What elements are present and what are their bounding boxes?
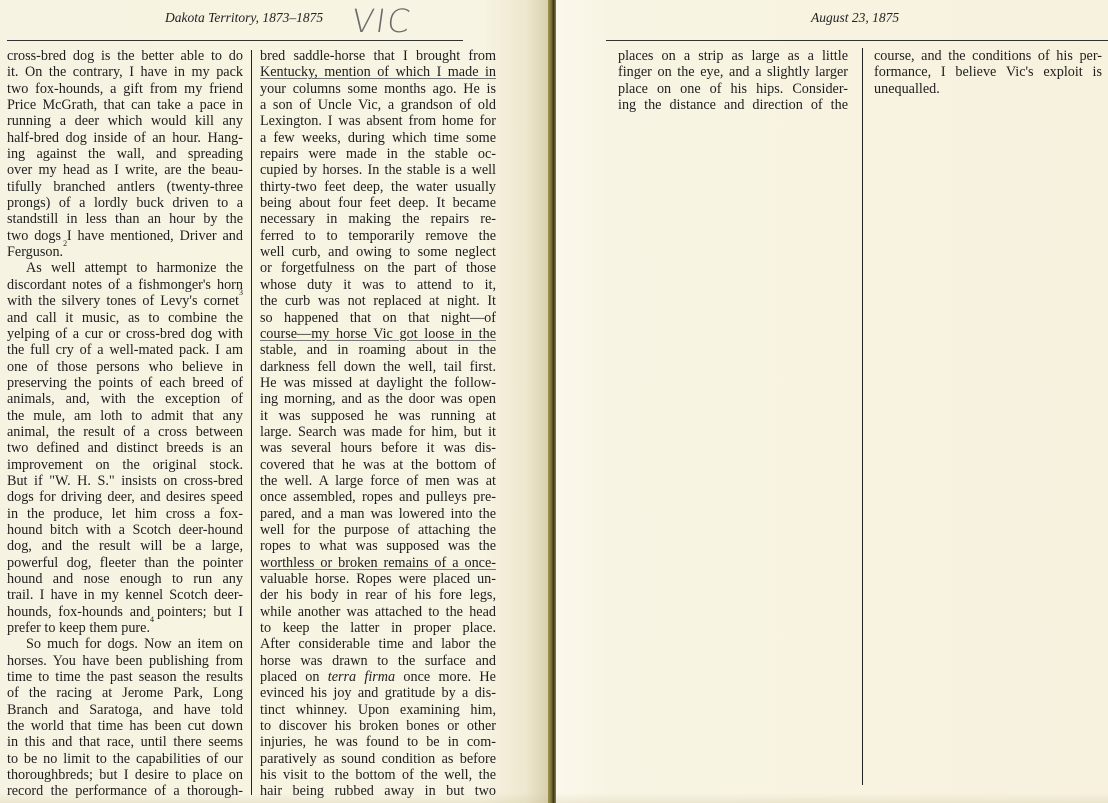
text-line: one of those persons who believe in — [7, 359, 243, 375]
text-line: over my head as I write, are the beau- — [7, 162, 243, 178]
text-line: places on a strip as large as a little — [618, 48, 848, 64]
text-line: hounds, fox-hounds and pointers; but I — [7, 604, 243, 620]
text-line: and call it music, as to combine the — [7, 310, 243, 326]
column-1: cross-bred dog is the better able to do … — [7, 48, 243, 800]
text-line: the curb was not replaced at night. It — [260, 293, 496, 309]
text-line: stable, and in roaming about in the — [260, 342, 496, 358]
text-line: finger on the eye, and a slightly larger — [618, 64, 848, 80]
text-line: bred saddle-horse that I brought from — [260, 48, 496, 64]
text-line: unequalled. — [874, 81, 1102, 97]
text-line: ropes to what was supposed was the — [260, 538, 496, 554]
text-line: pared, and a man was lowered into the — [260, 506, 496, 522]
text-line: trail. I have in my kennel Scotch deer- — [7, 587, 243, 603]
text-line: well curb, and owing to some neglect — [260, 244, 496, 260]
text-line: of the racing at Jerome Park, Long — [7, 685, 243, 701]
text-line: ing morning, and as the door was open — [260, 391, 496, 407]
page-edge-shadow — [0, 793, 548, 803]
text-line: two fox-hounds, a gift from my friend — [7, 81, 243, 97]
right-page: August 23, 1875 places on a strip as lar… — [556, 0, 1108, 803]
column-divider — [251, 50, 252, 795]
text-line: placed on terra firma once more. He — [260, 669, 496, 685]
text-line: the mule, am loth to admit that any — [7, 408, 243, 424]
italic-phrase: terra firma — [328, 669, 395, 685]
text-line: tifully branched antlers (twenty-three — [7, 179, 243, 195]
text-line: in the produce, let him cross a fox- — [7, 506, 243, 522]
text-line: So much for dogs. Now an item on — [7, 636, 243, 652]
text-line: der his body in rear of his fore legs, — [260, 587, 496, 603]
text-line: cupied by horses. In the stable is a wel… — [260, 162, 496, 178]
text-line: so happened that on that night—of — [260, 310, 496, 326]
text-line: preserving the points of each breed of — [7, 375, 243, 391]
text-line: covered that he was at the bottom of — [260, 457, 496, 473]
text-line: prefer to keep them pure.4 — [7, 620, 243, 636]
text-line: large. Search was made for him, but it — [260, 424, 496, 440]
left-running-head: Dakota Territory, 1873–1875 — [165, 10, 323, 26]
text-line: necessary in making the repairs re- — [260, 211, 496, 227]
text-line: it was supposed he was running at — [260, 408, 496, 424]
text-line-underlined: Kentucky, mention of which I made in — [260, 64, 496, 80]
text-line: Branch and Saratoga, and have told — [7, 702, 243, 718]
text-line: hound and nose enough to run any — [7, 571, 243, 587]
text-line: improvement on the original stock. — [7, 457, 243, 473]
text-line: But if "W. H. S." insists on cross-bred — [7, 473, 243, 489]
text-line: horse was drawn to the surface and — [260, 653, 496, 669]
text-line: yelping of a cur or cross-bred dog with — [7, 326, 243, 342]
footnote-mark: 2 — [63, 239, 67, 248]
text-line: your columns some months ago. He is — [260, 81, 496, 97]
text-line: while another was attached to the head — [260, 604, 496, 620]
text-line: well for the purpose of attaching the — [260, 522, 496, 538]
column-3: places on a strip as large as a little f… — [618, 48, 848, 113]
text-line: dog, and the result will be a large, — [7, 538, 243, 554]
book-spread: Dakota Territory, 1873–1875 VIC cross-br… — [0, 0, 1108, 803]
text-line: his visit to the bottom of the well, the — [260, 767, 496, 783]
text-line: ferred to to temporarily remove the — [260, 228, 496, 244]
text-line: was several hours before it was dis- — [260, 440, 496, 456]
text-line: with the silvery tones of Levy's cornet3 — [7, 293, 243, 309]
text-line: standstill in less than an hour by the — [7, 211, 243, 227]
text-line: to keep the latter in proper place. — [260, 620, 496, 636]
text-line: As well attempt to harmonize the — [7, 260, 243, 276]
text-line: the full cry of a well-mated pack. I am — [7, 342, 243, 358]
text-line: After considerable time and labor the — [260, 636, 496, 652]
text-line: Ferguson.2 — [7, 244, 243, 260]
text-line: the well. A large force of men was at — [260, 473, 496, 489]
text-line: horses. You have been publishing from — [7, 653, 243, 669]
column-4: course, and the conditions of his per- f… — [874, 48, 1102, 97]
text-line: it. On the contrary, I have in my pack — [7, 64, 243, 80]
text-line: dogs for driving deer, and desires speed — [7, 489, 243, 505]
text-line: being about four feet deep. It became — [260, 195, 496, 211]
text-line: in this and that race, until there seems — [7, 734, 243, 750]
text-line: Lexington. I was absent from home for — [260, 113, 496, 129]
header-rule — [606, 40, 1108, 41]
text-line: a son of Uncle Vic, a grandson of old — [260, 97, 496, 113]
text-line: thirty-two feet deep, the water usually — [260, 179, 496, 195]
column-2: bred saddle-horse that I brought from Ke… — [260, 48, 496, 800]
text-line: animals, and, with the exception of — [7, 391, 243, 407]
text-line: place on one of his hips. Consider- — [618, 81, 848, 97]
text-line: running a deer which would kill any — [7, 113, 243, 129]
left-page: Dakota Territory, 1873–1875 VIC cross-br… — [0, 0, 548, 803]
text-line: hound bitch with a Scotch deer-hound — [7, 522, 243, 538]
text-line: darkness fell down the well, tail first. — [260, 359, 496, 375]
text-line: ing against the wall, and spreading — [7, 146, 243, 162]
text-line: two dogs I have mentioned, Driver and — [7, 228, 243, 244]
column-divider — [862, 48, 863, 785]
text-line: ing the distance and direction of the — [618, 97, 848, 113]
text-line: whose duty it was to attend to it, — [260, 277, 496, 293]
book-spine-gutter — [548, 0, 556, 803]
text-line: thoroughbreds; but I desire to place on — [7, 767, 243, 783]
text-line: prongs) of a lordly buck driven to a — [7, 195, 243, 211]
text-line-underlined: worthless or broken remains of a once- — [260, 555, 496, 571]
text-line: evinced his joy and gratitude by a dis- — [260, 685, 496, 701]
text-line: injuries, he was found to be in com- — [260, 734, 496, 750]
text-line: valuable horse. Ropes were placed un- — [260, 571, 496, 587]
text-line: He was missed at daylight the follow- — [260, 375, 496, 391]
page-edge-shadow — [556, 793, 1108, 803]
footnote-mark: 4 — [150, 615, 154, 624]
text-line: the world that time has been cut down — [7, 718, 243, 734]
footnote-mark: 3 — [239, 288, 243, 297]
text-line: once assembled, ropes and pulleys pre- — [260, 489, 496, 505]
text-line: animal, the result of a cross between — [7, 424, 243, 440]
text-line: paratively as sound condition as before — [260, 751, 496, 767]
header-rule — [7, 40, 463, 41]
text-line: cross-bred dog is the better able to do — [7, 48, 243, 64]
text-line: powerful dog, fleeter than the pointer — [7, 555, 243, 571]
right-running-head: August 23, 1875 — [811, 10, 899, 26]
text-line: time to time the past season the results — [7, 669, 243, 685]
text-line: course, and the conditions of his per- — [874, 48, 1102, 64]
text-line: to discover his broken bones or other — [260, 718, 496, 734]
text-line: half-bred dog inside of an hour. Hang- — [7, 130, 243, 146]
text-line-underlined: course—my horse Vic got loose in the — [260, 326, 496, 342]
handwritten-annotation: VIC — [349, 2, 414, 40]
text-line: discordant notes of a fishmonger's horn — [7, 277, 243, 293]
text-line: or forgetfulness on the part of those — [260, 260, 496, 276]
text-line: tinct whinney. Upon examining him, — [260, 702, 496, 718]
text-line: Price McGrath, that can take a pace in — [7, 97, 243, 113]
text-line: formance, I believe Vic's exploit is — [874, 64, 1102, 80]
text-line: to be no limit to the capabilities of ou… — [7, 751, 243, 767]
text-line: two defined and distinct breeds is an — [7, 440, 243, 456]
text-line: a few weeks, during which time some — [260, 130, 496, 146]
text-line: repairs were made in the stable oc- — [260, 146, 496, 162]
